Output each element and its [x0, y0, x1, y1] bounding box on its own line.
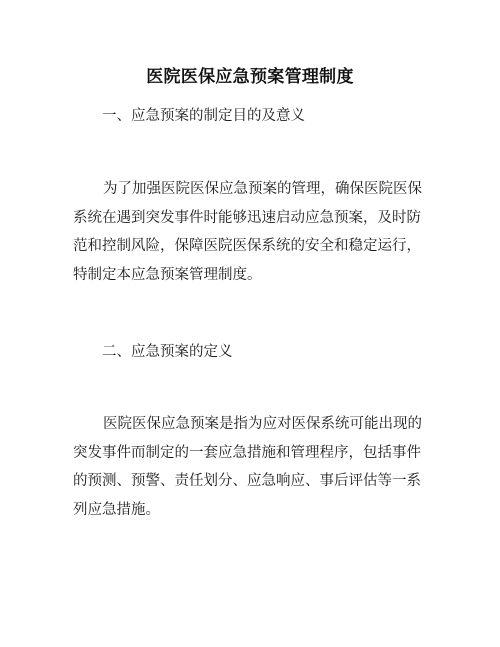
paragraph-line: 的预测、预警、责任划分、应急响应、事后评估等一系 [73, 467, 433, 496]
paragraph-line: 列应急措施。 [73, 496, 433, 525]
section-heading-definition: 二、应急预案的定义 [102, 340, 233, 361]
document-page: 医院医保应急预案管理制度 一、应急预案的制定目的及意义 为了加强医院医保应急预案… [0, 0, 500, 647]
section-paragraph-definition: 医院医保应急预案是指为应对医保系统可能出现的 突发事件而制定的一套应急措施和管理… [73, 410, 433, 524]
paragraph-line: 系统在遇到突发事件时能够迅速启动应急预案，及时防 [73, 204, 433, 233]
paragraph-line: 突发事件而制定的一套应急措施和管理程序，包括事件 [73, 439, 433, 468]
paragraph-line: 为了加强医院医保应急预案的管理，确保医院医保 [73, 175, 433, 204]
section-paragraph-purpose: 为了加强医院医保应急预案的管理，确保医院医保 系统在遇到突发事件时能够迅速启动应… [73, 175, 433, 289]
section-heading-purpose: 一、应急预案的制定目的及意义 [102, 104, 305, 125]
paragraph-line: 医院医保应急预案是指为应对医保系统可能出现的 [73, 410, 433, 439]
paragraph-line: 特制定本应急预案管理制度。 [73, 261, 433, 290]
document-title: 医院医保应急预案管理制度 [0, 62, 500, 87]
paragraph-line: 范和控制风险，保障医院医保系统的安全和稳定运行， [73, 232, 433, 261]
